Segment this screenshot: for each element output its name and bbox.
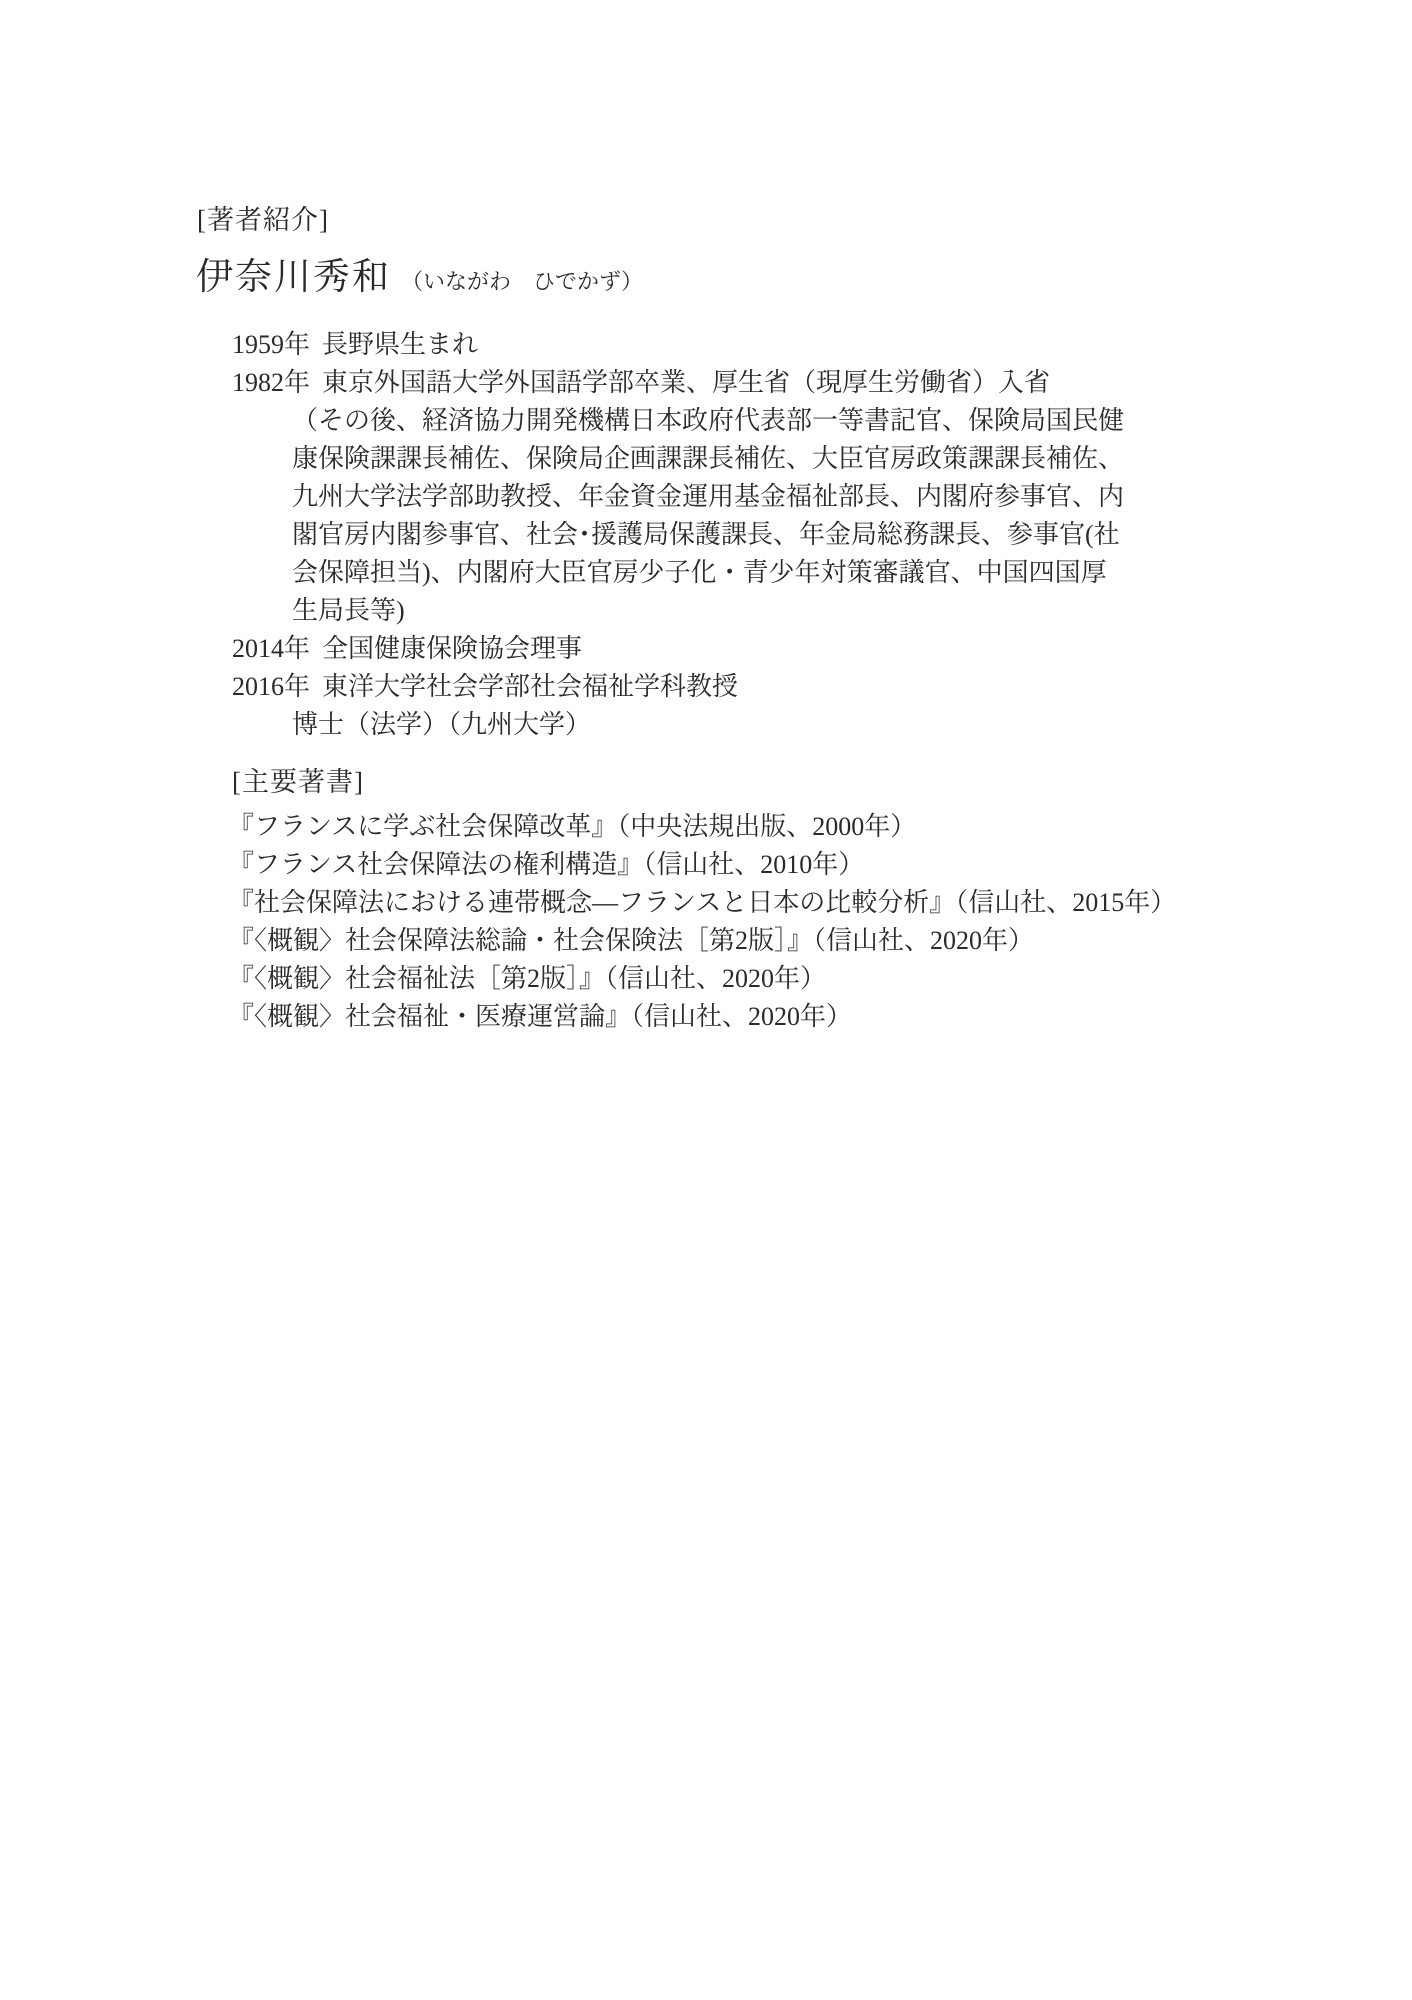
works-section-heading: [主要著書] <box>232 760 1176 799</box>
timeline-year: 1959年 <box>232 326 322 364</box>
timeline-text: 全国健康保険協会理事 <box>322 634 582 663</box>
author-name: 伊奈川秀和 <box>196 257 391 298</box>
author-name-kana: （いながわ ひでかず） <box>401 269 643 294</box>
timeline-row: 会保障担当)、内閣府大臣官房少子化・青少年対策審議官、中国四国厚 <box>232 554 1124 592</box>
timeline-text: 康保険課課長補佐、保険局企画課課長補佐、大臣官房政策課課長補佐、 <box>292 444 1124 473</box>
book-list-item: 『〈概観〉社会保障法総論・社会保険法［第2版］』（信山社、2020年） <box>228 922 1176 960</box>
book-list-item: 『〈概観〉社会福祉・医療運営論』（信山社、2020年） <box>228 998 1176 1036</box>
book-list-item: 『〈概観〉社会福祉法［第2版］』（信山社、2020年） <box>228 960 1176 998</box>
timeline-text: 長野県生まれ <box>322 330 478 359</box>
book-list-item: 『社会保障法における連帯概念―フランスと日本の比較分析』（信山社、2015年） <box>228 884 1176 922</box>
page: [著者紹介] 伊奈川秀和（いながわ ひでかず） 1959年長野県生まれ 1982… <box>0 0 1412 2000</box>
timeline-text: 生局長等) <box>292 596 405 625</box>
timeline-text: 九州大学法学部助教授、年金資金運用基金福祉部長、内閣府参事官、内 <box>292 482 1124 511</box>
timeline-text: （その後、経済協力開発機構日本政府代表部一等書記官、保険局国民健 <box>292 406 1124 435</box>
timeline-row: （その後、経済協力開発機構日本政府代表部一等書記官、保険局国民健 <box>232 402 1124 440</box>
book-list: 『フランスに学ぶ社会保障改革』（中央法規出版、2000年）『フランス社会保障法の… <box>228 808 1176 1036</box>
timeline-row: 2014年全国健康保険協会理事 <box>232 630 1124 668</box>
timeline-text: 東洋大学社会学部社会福祉学科教授 <box>322 672 738 701</box>
timeline-year: 1982年 <box>232 364 322 402</box>
author-section-heading: [著者紹介] <box>197 198 329 237</box>
timeline-year: 2016年 <box>232 668 322 706</box>
author-name-line: 伊奈川秀和（いながわ ひでかず） <box>196 246 643 300</box>
timeline-row: 博士（法学）（九州大学） <box>232 706 1124 744</box>
timeline-row: 1982年東京外国語大学外国語学部卒業、厚生省（現厚生労働省）入省 <box>232 364 1124 402</box>
timeline-text: 博士（法学）（九州大学） <box>292 710 591 739</box>
timeline-row: 1959年長野県生まれ <box>232 326 1124 364</box>
timeline-text: 東京外国語大学外国語学部卒業、厚生省（現厚生労働省）入省 <box>322 368 1050 397</box>
timeline-text: 閣官房内閣参事官、社会･援護局保護課長、年金局総務課長、参事官(社 <box>292 520 1120 549</box>
timeline-row: 生局長等) <box>232 592 1124 630</box>
timeline-row: 2016年東洋大学社会学部社会福祉学科教授 <box>232 668 1124 706</box>
book-list-item: 『フランスに学ぶ社会保障改革』（中央法規出版、2000年） <box>228 808 1176 846</box>
timeline-row: 康保険課課長補佐、保険局企画課課長補佐、大臣官房政策課課長補佐、 <box>232 440 1124 478</box>
career-timeline: 1959年長野県生まれ 1982年東京外国語大学外国語学部卒業、厚生省（現厚生労… <box>232 326 1124 744</box>
works-section: [主要著書] 『フランスに学ぶ社会保障改革』（中央法規出版、2000年）『フラン… <box>228 760 1176 1036</box>
timeline-row: 九州大学法学部助教授、年金資金運用基金福祉部長、内閣府参事官、内 <box>232 478 1124 516</box>
book-list-item: 『フランス社会保障法の権利構造』（信山社、2010年） <box>228 846 1176 884</box>
timeline-row: 閣官房内閣参事官、社会･援護局保護課長、年金局総務課長、参事官(社 <box>232 516 1124 554</box>
timeline-text: 会保障担当)、内閣府大臣官房少子化・青少年対策審議官、中国四国厚 <box>292 558 1107 587</box>
timeline-year: 2014年 <box>232 630 322 668</box>
